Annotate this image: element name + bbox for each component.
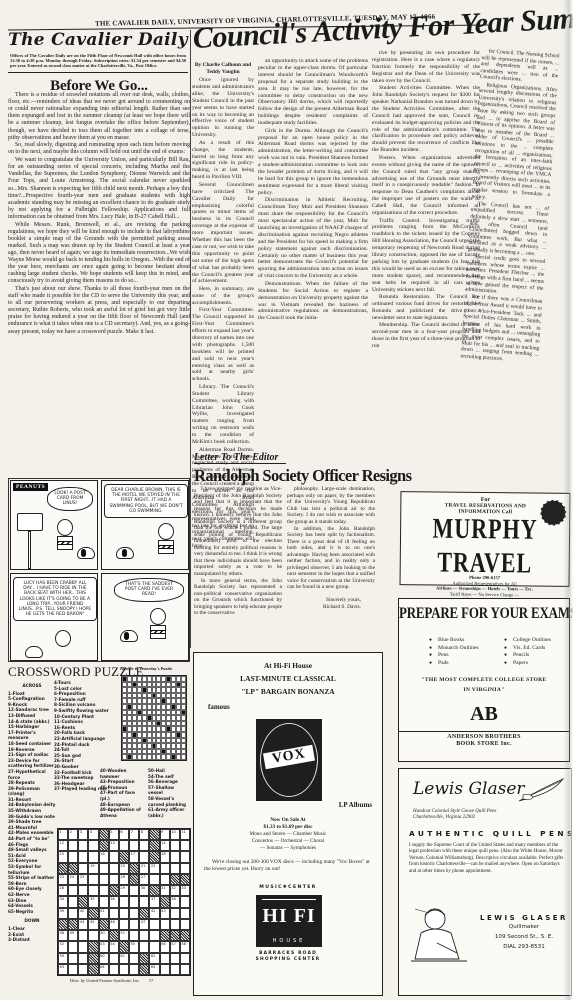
crossword-cell[interactable] xyxy=(109,851,119,862)
crossword-black-square xyxy=(170,930,180,941)
crossword-across-clues: ACROSS 1-Float5-Conflagration9-Knock12-S… xyxy=(8,682,56,943)
crossword-cell[interactable] xyxy=(139,851,149,862)
crossword-cell[interactable]: 42 xyxy=(149,908,159,919)
crossword-cell[interactable] xyxy=(78,941,88,952)
crossword-cell[interactable] xyxy=(139,840,149,851)
byline: By Charlie Calhoun and Teddy Vaughn xyxy=(192,62,254,76)
crossword-cell[interactable] xyxy=(109,953,119,964)
crossword-cell[interactable] xyxy=(129,930,139,941)
crossword-cell[interactable] xyxy=(109,863,119,874)
crossword-cell[interactable]: 18 xyxy=(160,851,170,862)
across-label: ACROSS xyxy=(8,683,56,689)
letter-column-2: philosophy. Large-scale domination, perh… xyxy=(287,486,375,611)
murphy-travel-name: MURPHY TRAVEL xyxy=(401,511,570,580)
letter-headline: Randolph Society Officer Resigns xyxy=(194,466,376,486)
crossword-cell[interactable] xyxy=(129,896,139,907)
crossword-cell[interactable]: 59 xyxy=(58,953,68,964)
crossword-black-square xyxy=(99,919,109,930)
crossword-cell[interactable] xyxy=(129,919,139,930)
story-paragraph: tive by presenting its own procedure for… xyxy=(372,50,480,85)
story-paragraph: Once ignored by students and administrat… xyxy=(192,77,254,139)
crossword-cell[interactable] xyxy=(78,953,88,964)
crossword-cell[interactable]: 63 xyxy=(58,964,68,975)
glaser-body: I supply the Supreme Court of the United… xyxy=(409,843,567,875)
logo-hi-text: HI FI xyxy=(256,905,322,928)
crossword-black-square xyxy=(149,851,159,862)
ab-monogram-logo: AB xyxy=(399,703,569,726)
supply-item: Pencils xyxy=(504,652,551,660)
crossword-cell[interactable] xyxy=(119,964,129,975)
murphy-travel-ad: For TRAVEL RESERVATIONS AND INFORMATION … xyxy=(400,491,571,587)
crossword-cell[interactable] xyxy=(170,863,180,874)
crossword-black-square xyxy=(149,829,159,840)
crossword-cell[interactable]: 34 xyxy=(58,896,68,907)
crossword-clue: 22-Artificial language xyxy=(54,736,112,742)
zigzag-stripe-icon xyxy=(150,630,166,634)
crossword-cell[interactable] xyxy=(68,885,78,896)
crossword-cell[interactable] xyxy=(129,885,139,896)
crossword-cell[interactable]: 21 xyxy=(139,863,149,874)
crossword-clue: 9-Swiftly flowing water xyxy=(54,708,112,714)
letter-kicker: Letter To The Editor xyxy=(194,452,286,464)
crossword-cell[interactable]: 35 xyxy=(88,896,98,907)
crossword-cell[interactable] xyxy=(78,851,88,862)
crossword-cell[interactable]: 27 xyxy=(139,874,149,885)
crossword-cell[interactable]: 44 xyxy=(78,919,88,930)
crossword-cell[interactable] xyxy=(68,851,78,862)
crossword-clue: 44-Part of "to be" xyxy=(8,836,56,842)
crossword-cell[interactable] xyxy=(99,896,109,907)
sale-line: Mono and Stereo — Chamber Music xyxy=(194,831,382,838)
crossword-cell[interactable]: 5 xyxy=(109,829,119,840)
crossword-cell[interactable] xyxy=(160,964,170,975)
crossword-black-square xyxy=(160,896,170,907)
speech-bubble: THAT'S THE SADDEST POST CARD I'VE EVER R… xyxy=(114,578,184,602)
column-divider xyxy=(190,30,191,648)
crossword-cell[interactable]: 47 xyxy=(139,919,149,930)
glaser-tagline: Handcut Colonial Style Goose Quill Pens … xyxy=(413,809,496,821)
letter-column-1: I have resigned my position as Vice-Pres… xyxy=(194,486,282,617)
crossword-cell[interactable] xyxy=(139,896,149,907)
crossword-cell[interactable]: 60 xyxy=(99,953,109,964)
snoopy-icon xyxy=(77,547,95,559)
speech-bubble: LOOK! A POST CARD FROM LINUS! xyxy=(47,487,93,511)
crossword-cell[interactable] xyxy=(160,953,170,964)
crossword-cell[interactable]: 48 xyxy=(58,930,68,941)
crossword-cell[interactable]: 9 xyxy=(160,829,170,840)
crossword-cell[interactable] xyxy=(78,885,88,896)
letter-paragraph: I have resigned my position as Vice-Pres… xyxy=(194,486,282,577)
logo-house-text: HOUSE xyxy=(256,938,322,944)
crossword-cell[interactable] xyxy=(119,896,129,907)
ad-blurb: We're closing out 200-300 VOX discs — in… xyxy=(204,859,374,873)
crossword-cell[interactable] xyxy=(160,919,170,930)
crossword-cell[interactable] xyxy=(99,885,109,896)
crossword-cell[interactable]: 57 xyxy=(170,941,180,952)
slogan-line: IN VIRGINIA" xyxy=(399,685,569,695)
supply-list-right: College Outlines Vis. Ed. Cards Pencils … xyxy=(504,637,551,667)
crossword-cell[interactable]: 1 xyxy=(58,829,68,840)
crossword-cell[interactable] xyxy=(180,863,190,874)
crossword-black-square xyxy=(149,840,159,851)
charlie-brown-head-icon xyxy=(158,523,174,540)
comic-panel-3: LUCY HAS BEEN CRABBY ALL DAY... I HAVE T… xyxy=(10,573,98,661)
story-paragraph: Here, in summary, are some of the group'… xyxy=(192,286,254,307)
crossword-cell[interactable]: 46 xyxy=(109,919,119,930)
crossword-cell[interactable]: 40 xyxy=(78,908,88,919)
crossword-cell[interactable]: 11 xyxy=(180,829,190,840)
crossword-cell[interactable]: 56 xyxy=(160,941,170,952)
crossword-cell[interactable] xyxy=(180,840,190,851)
lead-headline: Council's Activity For Year Summarized xyxy=(192,1,573,56)
crossword-cell[interactable] xyxy=(180,919,190,930)
snoopy-icon xyxy=(25,646,43,658)
story-paragraph: for Council. The Nursing School will be … xyxy=(480,48,560,86)
crossword-clue: 27-Hypothetical force xyxy=(8,769,56,780)
crossword-cell[interactable] xyxy=(88,930,98,941)
crossword-cell[interactable] xyxy=(68,953,78,964)
letter-paragraph: In addition, the John Randolph Society h… xyxy=(287,526,375,591)
crossword-cell[interactable]: 32 xyxy=(170,885,180,896)
crossword-clue: 53-Symbol for tellurium xyxy=(8,864,56,875)
crossword-cell[interactable] xyxy=(99,863,109,874)
crossword-cell[interactable]: 30 xyxy=(139,885,149,896)
crossword-cell[interactable]: 14 xyxy=(160,840,170,851)
crossword-cell[interactable]: 4 xyxy=(88,829,98,840)
crossword-black-square xyxy=(129,863,139,874)
crossword-black-square xyxy=(119,851,129,862)
comic-panel-4: THAT'S THE SADDEST POST CARD I'VE EVER R… xyxy=(101,573,189,661)
comic-panel-2: DEAR CHARLIE BROWN, THIS IS THE MOTEL WE… xyxy=(101,480,189,570)
crossword-cell[interactable]: 52 xyxy=(58,941,68,952)
crossword-cell[interactable]: 26 xyxy=(119,874,129,885)
crossword-cell[interactable] xyxy=(88,885,98,896)
store-name: ANDERSON BROTHERS BOOK STORE Inc. xyxy=(399,731,569,748)
crossword-cell[interactable]: 3 xyxy=(78,829,88,840)
music-center-label: MUSIC✱CENTER xyxy=(194,885,382,890)
crossword-cell[interactable]: 24 xyxy=(68,874,78,885)
crossword-black-square xyxy=(58,919,68,930)
crossword-cell[interactable] xyxy=(139,930,149,941)
across-clue-list: 1-Float5-Conflagration9-Knock12-Sandarac… xyxy=(8,691,56,915)
crossword-clue: 58-Vessel's curved planking xyxy=(148,796,190,807)
crossword-cell[interactable]: 62 xyxy=(149,953,159,964)
ad-line: "LP" BARGAIN BONANZA xyxy=(194,687,382,696)
crossword-credit: Distr. by United Feature Syndicate, Inc.… xyxy=(70,978,153,983)
crossword-cell[interactable]: 29 xyxy=(119,885,129,896)
crossword-cell[interactable] xyxy=(109,964,119,975)
glaser-phone: DIAL 293-8531 xyxy=(477,942,571,952)
crossword-cell[interactable]: 55 xyxy=(129,941,139,952)
crossword-cell[interactable] xyxy=(119,919,129,930)
crossword-cell[interactable]: 39 xyxy=(58,908,68,919)
crossword-cell[interactable] xyxy=(180,908,190,919)
story-paragraph: Posters. When organizations advertised e… xyxy=(372,155,480,217)
crossword-black-square xyxy=(99,840,109,851)
supply-item: Pads xyxy=(429,660,479,668)
crossword-cell[interactable]: 50 xyxy=(99,930,109,941)
crossword-clue: 23-Device for scattering fertilizer xyxy=(8,758,56,769)
crossword-cell[interactable] xyxy=(68,896,78,907)
crossword-clue: 47-Part of face (pl.) xyxy=(100,790,142,801)
story-paragraph: The Council has not ... of unqualified s… xyxy=(468,200,549,258)
crossword-cell[interactable]: 28 xyxy=(58,885,68,896)
comic-panel-1: PEANUTS LOOK! A POST CARD FROM LINUS! xyxy=(10,480,98,570)
story-paragraph: Traffic Control. Investigating traffic p… xyxy=(372,218,480,294)
crossword-clue: 3-Distant xyxy=(8,937,56,943)
snoopy-ear-icon xyxy=(124,632,129,640)
glaser-headline: AUTHENTIC QUILL PENS xyxy=(409,829,573,838)
supply-item: College Outlines xyxy=(504,637,551,645)
crossword-cell[interactable]: 45 xyxy=(88,919,98,930)
crossword-clue: 21-Sign of zodiac xyxy=(8,752,56,758)
crossword-cell[interactable] xyxy=(78,964,88,975)
masthead: The Cavalier Daily Offices of The Cavali… xyxy=(8,28,188,75)
masthead-info: Offices of The Cavalier Daily are on the… xyxy=(8,52,188,70)
crossword-black-square xyxy=(88,941,98,952)
crossword-cell[interactable]: 58 xyxy=(180,941,190,952)
supply-item: Pens xyxy=(429,652,479,660)
crossword-cell[interactable] xyxy=(88,874,98,885)
sale-line: Concertos — Orchestral — Choral xyxy=(194,838,382,845)
crossword-black-square xyxy=(109,930,119,941)
crossword-cell[interactable] xyxy=(68,941,78,952)
glaser-address: 109 Second St., S. E. xyxy=(477,932,571,942)
crossword-black-square xyxy=(180,874,190,885)
crossword-clue: 57-Shallow vessel xyxy=(148,785,190,796)
crossword-cell[interactable] xyxy=(88,840,98,851)
crossword-cell[interactable] xyxy=(68,840,78,851)
crossword-black-square xyxy=(139,953,149,964)
story-paragraph: Religious Organizations. After several l… xyxy=(471,81,557,205)
masthead-title: The Cavalier Daily xyxy=(8,28,188,52)
crossword-cell[interactable]: 16 xyxy=(99,851,109,862)
hifi-house-ad: At Hi-Fi House LAST-MINUTE CLASSICAL "LP… xyxy=(193,652,383,996)
letter-signature: Richard S. Davis. xyxy=(287,604,375,611)
story-paragraph: But if there was a Councilman of the Yea… xyxy=(460,294,542,365)
colonial-quillmaker-illustration-icon xyxy=(407,903,469,969)
crossword-cell[interactable] xyxy=(149,930,159,941)
vox-logo-icon: VOX xyxy=(256,719,322,801)
store-name-line: ANDERSON BROTHERS xyxy=(399,734,569,741)
ad-line: LAST-MINUTE CLASSICAL xyxy=(194,674,382,683)
exams-headline: PREPARE FOR YOUR EXAMS xyxy=(399,603,569,623)
letter-paragraph: In more general terms, the John Randolph… xyxy=(194,578,282,617)
crossword-cell[interactable] xyxy=(170,919,180,930)
newspaper-page: THE CAVALIER DAILY, UNIVERSITY OF VIRGIN… xyxy=(0,0,573,1000)
crossword-cell[interactable]: 38 xyxy=(170,896,180,907)
zigzag-stripe-icon xyxy=(57,541,73,545)
crossword-cell[interactable] xyxy=(170,908,180,919)
glaser-name: LEWIS GLASER xyxy=(477,914,571,922)
crossword-cell[interactable] xyxy=(129,953,139,964)
sale-line: — Sonatas — Symphonies xyxy=(194,845,382,852)
crossword-cell[interactable] xyxy=(160,874,170,885)
crossword-black-square xyxy=(58,863,68,874)
crossword-cell[interactable] xyxy=(119,840,129,851)
crossword-cell[interactable] xyxy=(180,851,190,862)
supply-item: Monarch Outlines xyxy=(429,645,479,653)
crossword-cell[interactable]: 17 xyxy=(129,851,139,862)
crossword-cell[interactable] xyxy=(180,953,190,964)
editorial-paragraph: There is a residue of scrawled notations… xyxy=(8,92,190,142)
crossword-cell[interactable]: 36 xyxy=(109,896,119,907)
store-slogan: "THE MOST COMPLETE COLLEGE STORE IN VIRG… xyxy=(399,675,569,695)
crossword-cell[interactable] xyxy=(129,840,139,851)
crossword-cell[interactable] xyxy=(149,874,159,885)
crossword-black-square xyxy=(170,874,180,885)
charlie-brown-head-icon xyxy=(150,608,166,625)
crossword-black-square xyxy=(139,908,149,919)
crossword-black-square xyxy=(68,919,78,930)
crossword-cell[interactable]: 23 xyxy=(58,874,68,885)
crossword-cell[interactable] xyxy=(78,930,88,941)
charlie-brown-head-icon xyxy=(57,519,73,536)
ad-famous: famous xyxy=(208,703,230,711)
crossword-down-clues-3: 40-Wooden hammer43-Preposition45-Pronoun… xyxy=(100,768,142,818)
down-clue-list-1: 1-Clear2-Exist3-Distant xyxy=(8,926,56,943)
byline-line-1: By Charlie Calhoun and xyxy=(192,62,254,69)
crossword-cell[interactable] xyxy=(160,863,170,874)
crossword-cell[interactable]: 65 xyxy=(149,964,159,975)
crossword-clue: 18-Seed container xyxy=(8,741,56,747)
hifi-house-logo-icon: HI FI HOUSE xyxy=(256,895,322,947)
editorial-title: Before We Go... xyxy=(8,83,190,90)
story-paragraph: Several Councilmen have criticized The C… xyxy=(192,182,254,286)
crossword-cell[interactable] xyxy=(119,908,129,919)
zigzag-stripe-icon xyxy=(158,545,174,549)
crossword-black-square xyxy=(88,953,98,964)
editorial-paragraph: That's just about our show. Thanks to al… xyxy=(8,286,190,336)
lead-story-column-2: an opportunity to attack some of the pro… xyxy=(258,58,368,323)
crossword-cell[interactable]: 12 xyxy=(58,840,68,851)
crossword-black-square xyxy=(88,964,98,975)
story-paragraph: Girls in the Dorms. Although the Council… xyxy=(258,128,368,197)
ad-line: At Hi-Fi House xyxy=(194,661,382,670)
crossword-cell[interactable] xyxy=(129,908,139,919)
crossword-cell[interactable]: 31 xyxy=(160,885,170,896)
crossword-cell[interactable] xyxy=(170,953,180,964)
crossword-cell[interactable]: 53 xyxy=(99,941,109,952)
crossword-cell[interactable]: 22 xyxy=(149,863,159,874)
crossword-cell[interactable] xyxy=(68,908,78,919)
crossword-cell[interactable]: 13 xyxy=(109,840,119,851)
crossword-answer-grid xyxy=(121,675,187,761)
editorial-paragraph: We want to congratulate the University U… xyxy=(8,157,190,221)
glaser-role: Quillmaker xyxy=(477,922,571,932)
peanuts-logo: PEANUTS xyxy=(13,483,48,491)
crossword-cell[interactable]: 43 xyxy=(160,908,170,919)
crossword-cell[interactable]: 33 xyxy=(180,885,190,896)
crossword-cell[interactable]: 6 xyxy=(119,829,129,840)
masthead-rule xyxy=(8,72,188,73)
story-paragraph: First-Year Committee. The Council suppor… xyxy=(192,307,254,383)
charlie-brown-head-icon xyxy=(55,630,71,647)
crossword-cell[interactable]: 10 xyxy=(170,829,180,840)
crossword-cell[interactable]: 37 xyxy=(149,896,159,907)
crossword-cell[interactable] xyxy=(129,964,139,975)
snoopy-icon xyxy=(120,630,138,642)
crossword-black-square xyxy=(68,863,78,874)
mailbox-icon xyxy=(17,513,43,531)
crossword-cell[interactable]: 25 xyxy=(78,874,88,885)
crossword-cell[interactable]: 41 xyxy=(99,908,109,919)
crossword-answer-label: Answer to Yesterday's Puzzle xyxy=(120,666,172,671)
crossword-black-square xyxy=(139,964,149,975)
crossword-cell[interactable]: 51 xyxy=(119,930,129,941)
lewis-glaser-ad: Lewis Glaser Handcut Colonial Style Goos… xyxy=(398,768,572,996)
crossword-cell[interactable] xyxy=(99,874,109,885)
down-label: DOWN xyxy=(8,918,56,924)
crossword-cell[interactable]: 49 xyxy=(68,930,78,941)
crossword-cell[interactable]: 2 xyxy=(68,829,78,840)
letter-paragraph: philosophy. Large-scale domination, perh… xyxy=(287,486,375,525)
crossword-cell[interactable] xyxy=(68,964,78,975)
crossword-cell[interactable] xyxy=(109,874,119,885)
crossword-cell[interactable]: 7 xyxy=(129,829,139,840)
crossword-cell[interactable] xyxy=(170,851,180,862)
crossword-cell[interactable] xyxy=(180,896,190,907)
story-paragraph: Library. The Council's Student Library C… xyxy=(192,384,254,446)
editorial-before-we-go: Before We Go... There is a residue of sc… xyxy=(8,82,190,336)
crossword-cell[interactable] xyxy=(78,840,88,851)
crossword-clue: 29-Policeman (slang) xyxy=(8,786,56,797)
crossword-cell[interactable] xyxy=(88,851,98,862)
slogan-line: "THE MOST COMPLETE COLLEGE STORE xyxy=(399,675,569,685)
crossword-cell[interactable] xyxy=(170,964,180,975)
glaser-signature: Lewis Glaser xyxy=(413,779,525,799)
crossword-cell[interactable]: 61 xyxy=(119,953,129,964)
byline-line-2: Teddy Vaughn xyxy=(192,69,254,76)
crossword-clue: 61-Army officer (abbr.) xyxy=(148,807,190,818)
crossword-cell[interactable]: 15 xyxy=(58,851,68,862)
quill-pen-icon xyxy=(517,777,565,803)
glaser-contact: LEWIS GLASER Quillmaker 109 Second St., … xyxy=(477,914,571,952)
puzzle-number: 17 xyxy=(149,978,153,983)
crossword-cell[interactable]: 8 xyxy=(139,829,149,840)
snoopy-ear-icon xyxy=(81,549,86,557)
location-line: SHOPPING CENTER xyxy=(194,957,382,963)
crossword-black-square xyxy=(149,885,159,896)
mailbox-post-icon xyxy=(28,531,31,569)
crossword-cell[interactable] xyxy=(149,919,159,930)
crossword-clue: 49-Appellation of Athena xyxy=(100,807,142,818)
lp-albums-label: LP Albums xyxy=(339,801,372,809)
speech-bubble: DEAR CHARLIE BROWN, THIS IS THE MOTEL WE… xyxy=(104,484,188,518)
supply-item: Papers xyxy=(504,660,551,668)
crossword-cell[interactable] xyxy=(139,941,149,952)
story-paragraph: Student Activities Committee. When the J… xyxy=(372,85,480,154)
crossword-black-square xyxy=(119,941,129,952)
crossword-cell[interactable] xyxy=(109,908,119,919)
crossword-cell[interactable]: 19 xyxy=(88,863,98,874)
crossword-cell[interactable] xyxy=(180,964,190,975)
store-name-line: BOOK STORE Inc. xyxy=(399,741,569,748)
crossword-cell[interactable] xyxy=(149,941,159,952)
crossword-grid[interactable]: 1234567891011121314151617181920212223242… xyxy=(57,828,191,976)
crossword-cell[interactable]: 54 xyxy=(109,941,119,952)
crossword-black-square xyxy=(88,908,98,919)
crossword-cell[interactable] xyxy=(170,840,180,851)
crossword-black-square xyxy=(109,885,119,896)
syndicate-credit: Distr. by United Feature Syndicate, Inc. xyxy=(70,978,140,983)
crossword-cell[interactable] xyxy=(78,863,88,874)
crossword-black-square xyxy=(180,930,190,941)
crossword-cell[interactable]: 20 xyxy=(119,863,129,874)
tagline-line: Charlottesville, Virginia 22902 xyxy=(413,815,496,821)
crossword-cell[interactable]: 64 xyxy=(99,964,109,975)
crossword-black-square xyxy=(129,874,139,885)
